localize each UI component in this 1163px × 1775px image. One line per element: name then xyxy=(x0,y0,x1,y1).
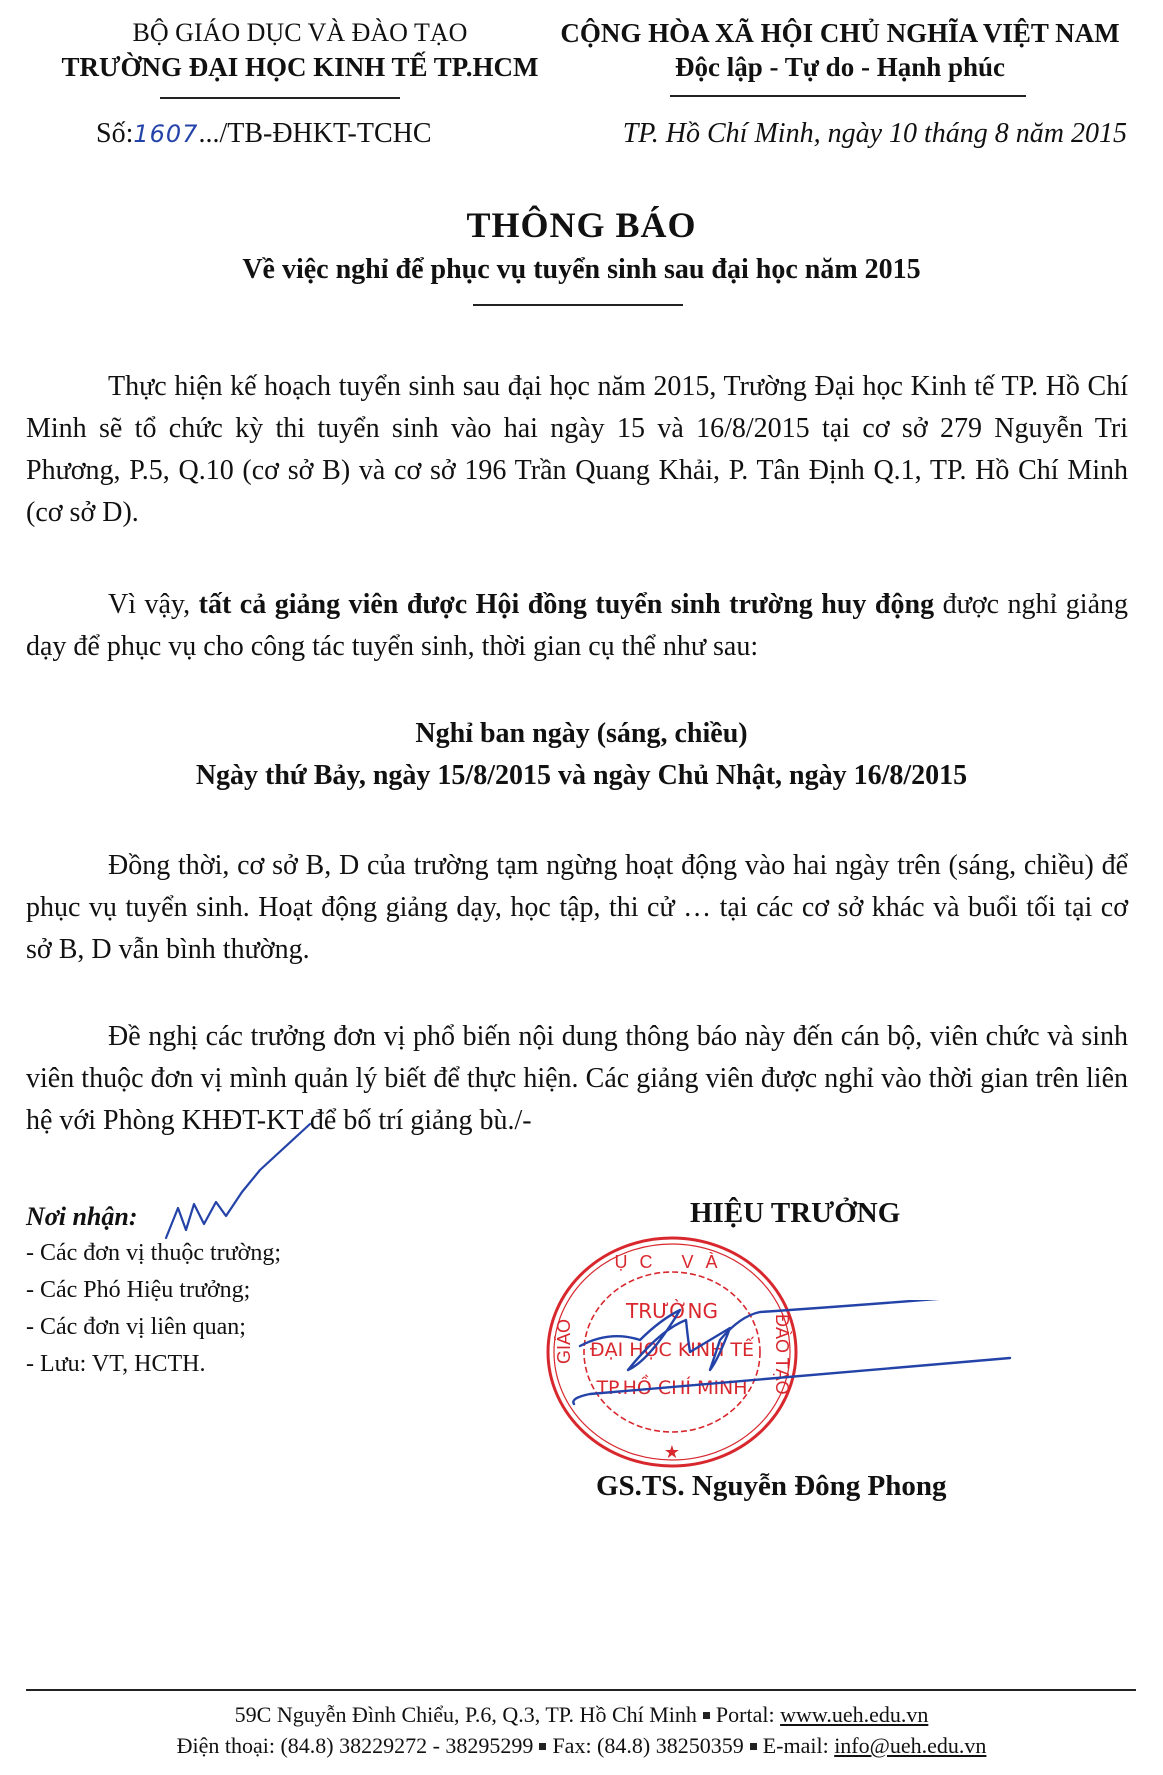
footer-phone: Điện thoại: (84.8) 38229272 - 38295299 xyxy=(177,1733,534,1758)
header-right-underline xyxy=(670,95,1026,97)
footer-fax: Fax: (84.8) 38250359 xyxy=(552,1733,743,1758)
footer-line-1: 59C Nguyễn Đình Chiểu, P.6, Q.3, TP. Hồ … xyxy=(0,1700,1163,1730)
portal-label: Portal: xyxy=(716,1702,775,1727)
svg-text:ỤC VÀ: ỤC VÀ xyxy=(614,1252,729,1272)
schedule-line-1: Nghỉ ban ngày (sáng, chiều) xyxy=(0,718,1163,750)
stamp-star-icon: ★ xyxy=(664,1442,680,1463)
recipient-item: - Các Phó Hiệu trưởng; xyxy=(26,1272,281,1309)
document-title: THÔNG BÁO xyxy=(0,204,1163,246)
paragraph-2: Vì vậy, tất cả giảng viên được Hội đồng … xyxy=(26,584,1128,668)
national-motto: Độc lập - Tự do - Hạnh phúc xyxy=(530,52,1150,83)
square-bullet-icon xyxy=(750,1743,757,1750)
document-number: Số:1607.../TB-ĐHKT-TCHC xyxy=(96,118,432,150)
footer-divider xyxy=(26,1689,1136,1691)
footer-line-2: Điện thoại: (84.8) 38229272 - 38295299Fa… xyxy=(0,1731,1163,1761)
paragraph-4-text: Đề nghị các trưởng đơn vị phổ biến nội d… xyxy=(26,1021,1128,1136)
paragraph-1: Thực hiện kế hoạch tuyển sinh sau đại họ… xyxy=(26,366,1128,534)
square-bullet-icon xyxy=(539,1743,546,1750)
title-underline xyxy=(473,304,683,306)
recipient-item: - Các đơn vị liên quan; xyxy=(26,1309,281,1346)
university-name: TRƯỜNG ĐẠI HỌC KINH TẾ TP.HCM xyxy=(20,52,580,83)
portal-link[interactable]: www.ueh.edu.vn xyxy=(780,1702,928,1727)
signatory-name: GS.TS. Nguyễn Đông Phong xyxy=(596,1470,947,1503)
document-subject: Về việc nghỉ để phục vụ tuyển sinh sau đ… xyxy=(0,254,1163,286)
paragraph-2-bold: tất cả giảng viên được Hội đồng tuyển si… xyxy=(199,589,934,620)
paragraph-1-text: Thực hiện kế hoạch tuyển sinh sau đại họ… xyxy=(26,371,1128,528)
email-label: E-mail: xyxy=(763,1733,829,1758)
country-name: CỘNG HÒA XÃ HỘI CHỦ NGHĨA VIỆT NAM xyxy=(530,18,1150,49)
signatory-title: HIỆU TRƯỞNG xyxy=(690,1197,900,1230)
footer-address: 59C Nguyễn Đình Chiểu, P.6, Q.3, TP. Hồ … xyxy=(235,1702,697,1727)
handwritten-initials xyxy=(160,1120,330,1250)
paragraph-3: Đồng thời, cơ sở B, D của trường tạm ngừ… xyxy=(26,845,1128,971)
doc-number-handwritten: 1607 xyxy=(133,120,198,148)
ministry-name: BỘ GIÁO DỤC VÀ ĐÀO TẠO xyxy=(20,18,580,48)
square-bullet-icon xyxy=(703,1712,710,1719)
doc-number-prefix: Số: xyxy=(96,118,133,149)
paragraph-2-lead: Vì vậy, xyxy=(108,589,199,620)
place-and-date: TP. Hồ Chí Minh, ngày 10 tháng 8 năm 201… xyxy=(623,118,1127,150)
doc-number-suffix: .../TB-ĐHKT-TCHC xyxy=(198,118,431,149)
schedule-line-2: Ngày thứ Bảy, ngày 15/8/2015 và ngày Chủ… xyxy=(0,760,1163,792)
handwritten-signature xyxy=(570,1300,1020,1410)
paragraph-3-text: Đồng thời, cơ sở B, D của trường tạm ngừ… xyxy=(26,850,1128,965)
email-link[interactable]: info@ueh.edu.vn xyxy=(834,1733,986,1758)
header-left-underline xyxy=(160,97,400,99)
recipient-item: - Lưu: VT, HCTH. xyxy=(26,1346,281,1383)
